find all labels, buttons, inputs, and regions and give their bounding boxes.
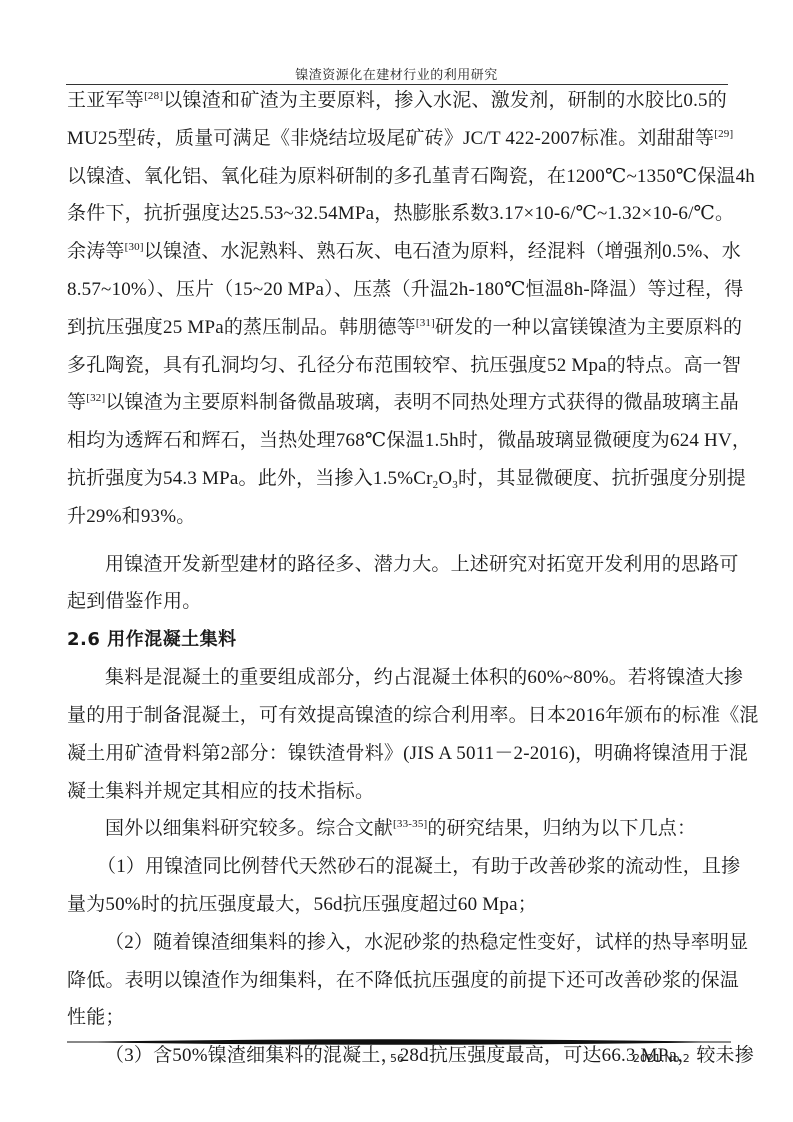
text-line: 降低。表明以镍渣作为细集料，在不降低抗压强度的前提下还可改善砂浆的保温 — [67, 962, 727, 1000]
text-line: 到抗压强度25 MPa的蒸压制品。韩朋德等[31]研发的一种以富镁镍渣为主要原料… — [67, 309, 727, 347]
text-line: 王亚军等[28]以镍渣和矿渣为主要原料，掺入水泥、激发剂，研制的水胶比0.5的 — [67, 82, 727, 120]
section-number: 2.6 — [67, 629, 100, 650]
text-line: 以镍渣、氧化铝、氧化硅为原料研制的多孔堇青石陶瓷，在1200℃~1350℃保温4… — [67, 158, 727, 196]
citation-ref[interactable]: [29] — [714, 128, 733, 140]
section-title: 用作混凝土集料 — [107, 629, 237, 650]
list-item-point-2: （2）随着镍渣细集料的掺入，水泥砂浆的热稳定性变好，试样的热导率明显 降低。表明… — [67, 924, 727, 1037]
text-line: 凝土用矿渣骨料第2部分：镍铁渣骨料》(JIS A 5011－2-2016)，明确… — [67, 735, 727, 773]
text-line: 余涛等[30]以镍渣、水泥熟料、熟石灰、电石渣为原料，经混料（增强剂0.5%、水 — [67, 233, 727, 271]
citation-ref[interactable]: [32] — [86, 392, 105, 404]
text-line: （2）随着镍渣细集料的掺入，水泥砂浆的热稳定性变好，试样的热导率明显 — [67, 924, 727, 962]
citation-ref[interactable]: [33-35] — [393, 818, 427, 830]
text-line: 抗折强度为54.3 MPa。此外，当掺入1.5%Cr2O3时，其显微硬度、抗折强… — [67, 460, 727, 498]
text-line: （1）用镍渣同比例替代天然砂石的混凝土，有助于改善砂浆的流动性，且掺 — [67, 848, 727, 886]
citation-ref[interactable]: [31] — [416, 317, 435, 329]
text-line: 性能； — [67, 999, 727, 1037]
text-line: 多孔陶瓷，具有孔洞均匀、孔径分布范围较窄、抗压强度52 Mpa的特点。高一智 — [67, 347, 727, 385]
text-line: 量为50%时的抗压强度最大，56d抗压强度超过60 Mpa； — [67, 886, 727, 924]
footer-rule — [67, 1038, 731, 1046]
text-line: 等[32]以镍渣为主要原料制备微晶玻璃，表明不同热处理方式获得的微晶玻璃主晶 — [67, 384, 727, 422]
citation-ref[interactable]: [28] — [144, 90, 163, 102]
citation-ref[interactable]: [30] — [125, 241, 144, 253]
running-head-title: 镍渣资源化在建材行业的利用研究 — [0, 64, 793, 83]
text-line: 量的用于制备混凝土，可有效提高镍渣的综合利用率。日本2016年颁布的标准《混 — [67, 697, 727, 735]
list-item-point-1: （1）用镍渣同比例替代天然砂石的混凝土，有助于改善砂浆的流动性，且掺 量为50%… — [67, 848, 727, 924]
issue-label: 2021.No.2 — [633, 1052, 690, 1065]
paragraph-aggregate-intro: 集料是混凝土的重要组成部分，约占混凝土体积的60%~80%。若将镍渣大掺 量的用… — [67, 659, 727, 810]
text-line: 集料是混凝土的重要组成部分，约占混凝土体积的60%~80%。若将镍渣大掺 — [67, 659, 727, 697]
paragraph-summary: 用镍渣开发新型建材的路径多、潜力大。上述研究对拓宽开发利用的思路可 起到借鉴作用… — [67, 546, 727, 622]
text-line: 用镍渣开发新型建材的路径多、潜力大。上述研究对拓宽开发利用的思路可 — [67, 546, 727, 584]
text-line: MU25型砖，质量可满足《非烧结垃圾尾矿砖》JC/T 422-2007标准。刘甜… — [67, 120, 727, 158]
body-text: 王亚军等[28]以镍渣和矿渣为主要原料，掺入水泥、激发剂，研制的水胶比0.5的 … — [67, 82, 727, 1075]
text-line: 起到借鉴作用。 — [67, 583, 727, 621]
text-line: 凝土集料并规定其相应的技术指标。 — [67, 773, 727, 811]
page-number: 56 — [390, 1052, 404, 1065]
text-line: 升29%和93%。 — [67, 498, 727, 536]
text-line: 8.57~10%）、压片（15~20 MPa）、压蒸（升温2h-180℃恒温8h… — [67, 271, 727, 309]
text-line: 相均为透辉石和辉石，当热处理768℃保温1.5h时，微晶玻璃显微硬度为624 H… — [67, 422, 727, 460]
text-line: 条件下，抗折强度达25.53~32.54MPa，热膨胀系数3.17×10-6/℃… — [67, 195, 727, 233]
paragraph-foreign-research: 国外以细集料研究较多。综合文献[33-35]的研究结果，归纳为以下几点： — [67, 810, 727, 848]
paragraph-materials-research: 王亚军等[28]以镍渣和矿渣为主要原料，掺入水泥、激发剂，研制的水胶比0.5的 … — [67, 82, 727, 536]
section-heading: 2.6 用作混凝土集料 — [67, 621, 727, 659]
